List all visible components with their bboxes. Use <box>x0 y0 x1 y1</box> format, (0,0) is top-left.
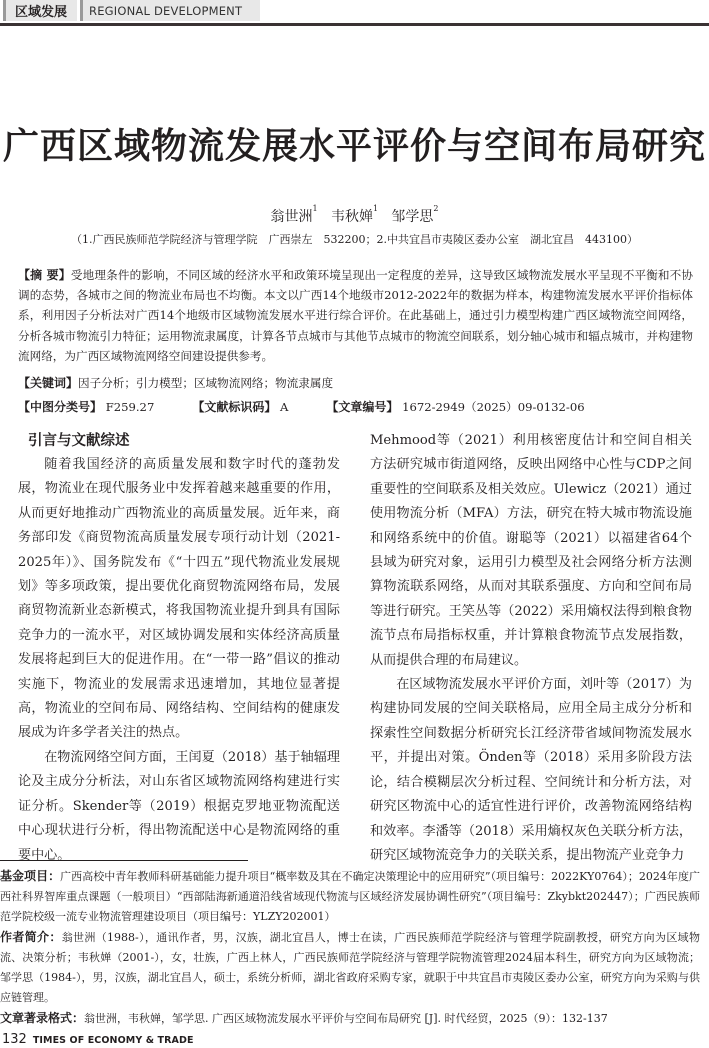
abstract-text: 受地理条件的影响，不同区域的经济水平和政策环境呈现出一定程度的差异，这导致区域物… <box>18 268 693 363</box>
section-heading: 引言与文献综述 <box>18 429 340 453</box>
abstract-label: 【摘 要】 <box>18 268 71 282</box>
clc-number: 【中图分类号】 F259.27 <box>18 398 154 415</box>
article-title: 广西区域物流发展水平评价与空间布局研究 <box>0 118 709 169</box>
footnotes: 基金项目：广西高校中青年教师科研基础能力提升项目“概率数及其在不确定决策理论中的… <box>0 866 700 1029</box>
section-tag-english: REGIONAL DEVELOPMENT <box>80 0 260 21</box>
running-header: 区域发展 REGIONAL DEVELOPMENT <box>0 0 709 24</box>
citation-note: 文章著录格式：翁世洲，韦秋婵，邹学思. 广西区域物流发展水平评价与空间布局研究 … <box>0 1008 700 1029</box>
section-tag-chinese: 区域发展 <box>3 0 77 21</box>
body-paragraph: 在区域物流发展水平评价方面，刘叶等（2017）为构建协同发展的空间关联格局，应用… <box>370 673 692 868</box>
body-paragraph: Mehmood等（2021）利用核密度估计和空间自相关方法研究城市街道网络，反映… <box>370 429 692 673</box>
document-code: 【文献标识码】 A <box>192 398 288 415</box>
author-list: 翁世洲1 韦秋婵1 邹学思2 <box>0 206 709 226</box>
author-name: 翁世洲 <box>271 209 313 225</box>
header-rule <box>0 23 709 26</box>
keywords-text: 因子分析；引力模型；区域物流网络；物流隶属度 <box>78 376 333 390</box>
author-affil-mark: 1 <box>313 204 318 213</box>
funding-note: 基金项目：广西高校中青年教师科研基础能力提升项目“概率数及其在不确定决策理论中的… <box>0 866 700 927</box>
body-paragraph: 随着我国经济的高质量发展和数字时代的蓬勃发展，物流业在现代服务业中发挥着越来越重… <box>18 453 340 746</box>
keywords: 【关键词】因子分析；引力模型；区域物流网络；物流隶属度 <box>18 374 333 391</box>
author-name: 邹学思 <box>391 209 433 225</box>
keywords-label: 【关键词】 <box>18 376 78 390</box>
abstract: 【摘 要】受地理条件的影响，不同区域的经济水平和政策环境呈现出一定程度的差异，这… <box>18 265 693 366</box>
classification-line: 【中图分类号】 F259.27 【文献标识码】 A 【文章编号】 1672-29… <box>18 398 623 415</box>
page-footer: 132TIMES OF ECONOMY & TRADE <box>2 1032 194 1047</box>
journal-name: TIMES OF ECONOMY & TRADE <box>33 1035 194 1046</box>
body-column-left: 引言与文献综述 随着我国经济的高质量发展和数字时代的蓬勃发展，物流业在现代服务业… <box>18 429 340 868</box>
affiliations: （1.广西民族师范学院经济与管理学院 广西崇左 532200；2.中共宜昌市夷陵… <box>0 231 709 247</box>
author-affil-mark: 2 <box>433 204 438 213</box>
footnote-divider <box>0 860 248 861</box>
body-column-right: Mehmood等（2021）利用核密度估计和空间自相关方法研究城市街道网络，反映… <box>370 429 692 868</box>
author-affil-mark: 1 <box>373 204 378 213</box>
author-name: 韦秋婵 <box>331 209 373 225</box>
author-bio-note: 作者简介：翁世洲（1988-），通讯作者，男，汉族，湖北宜昌人，博士在读，广西民… <box>0 927 700 1008</box>
page-number: 132 <box>2 1032 27 1047</box>
article-number: 【文章编号】 1672-2949（2025）09-0132-06 <box>326 398 584 415</box>
body-paragraph: 在物流网络空间方面，王闰夏（2018）基于轴辐理论及主成分分析法，对山东省区域物… <box>18 746 340 868</box>
